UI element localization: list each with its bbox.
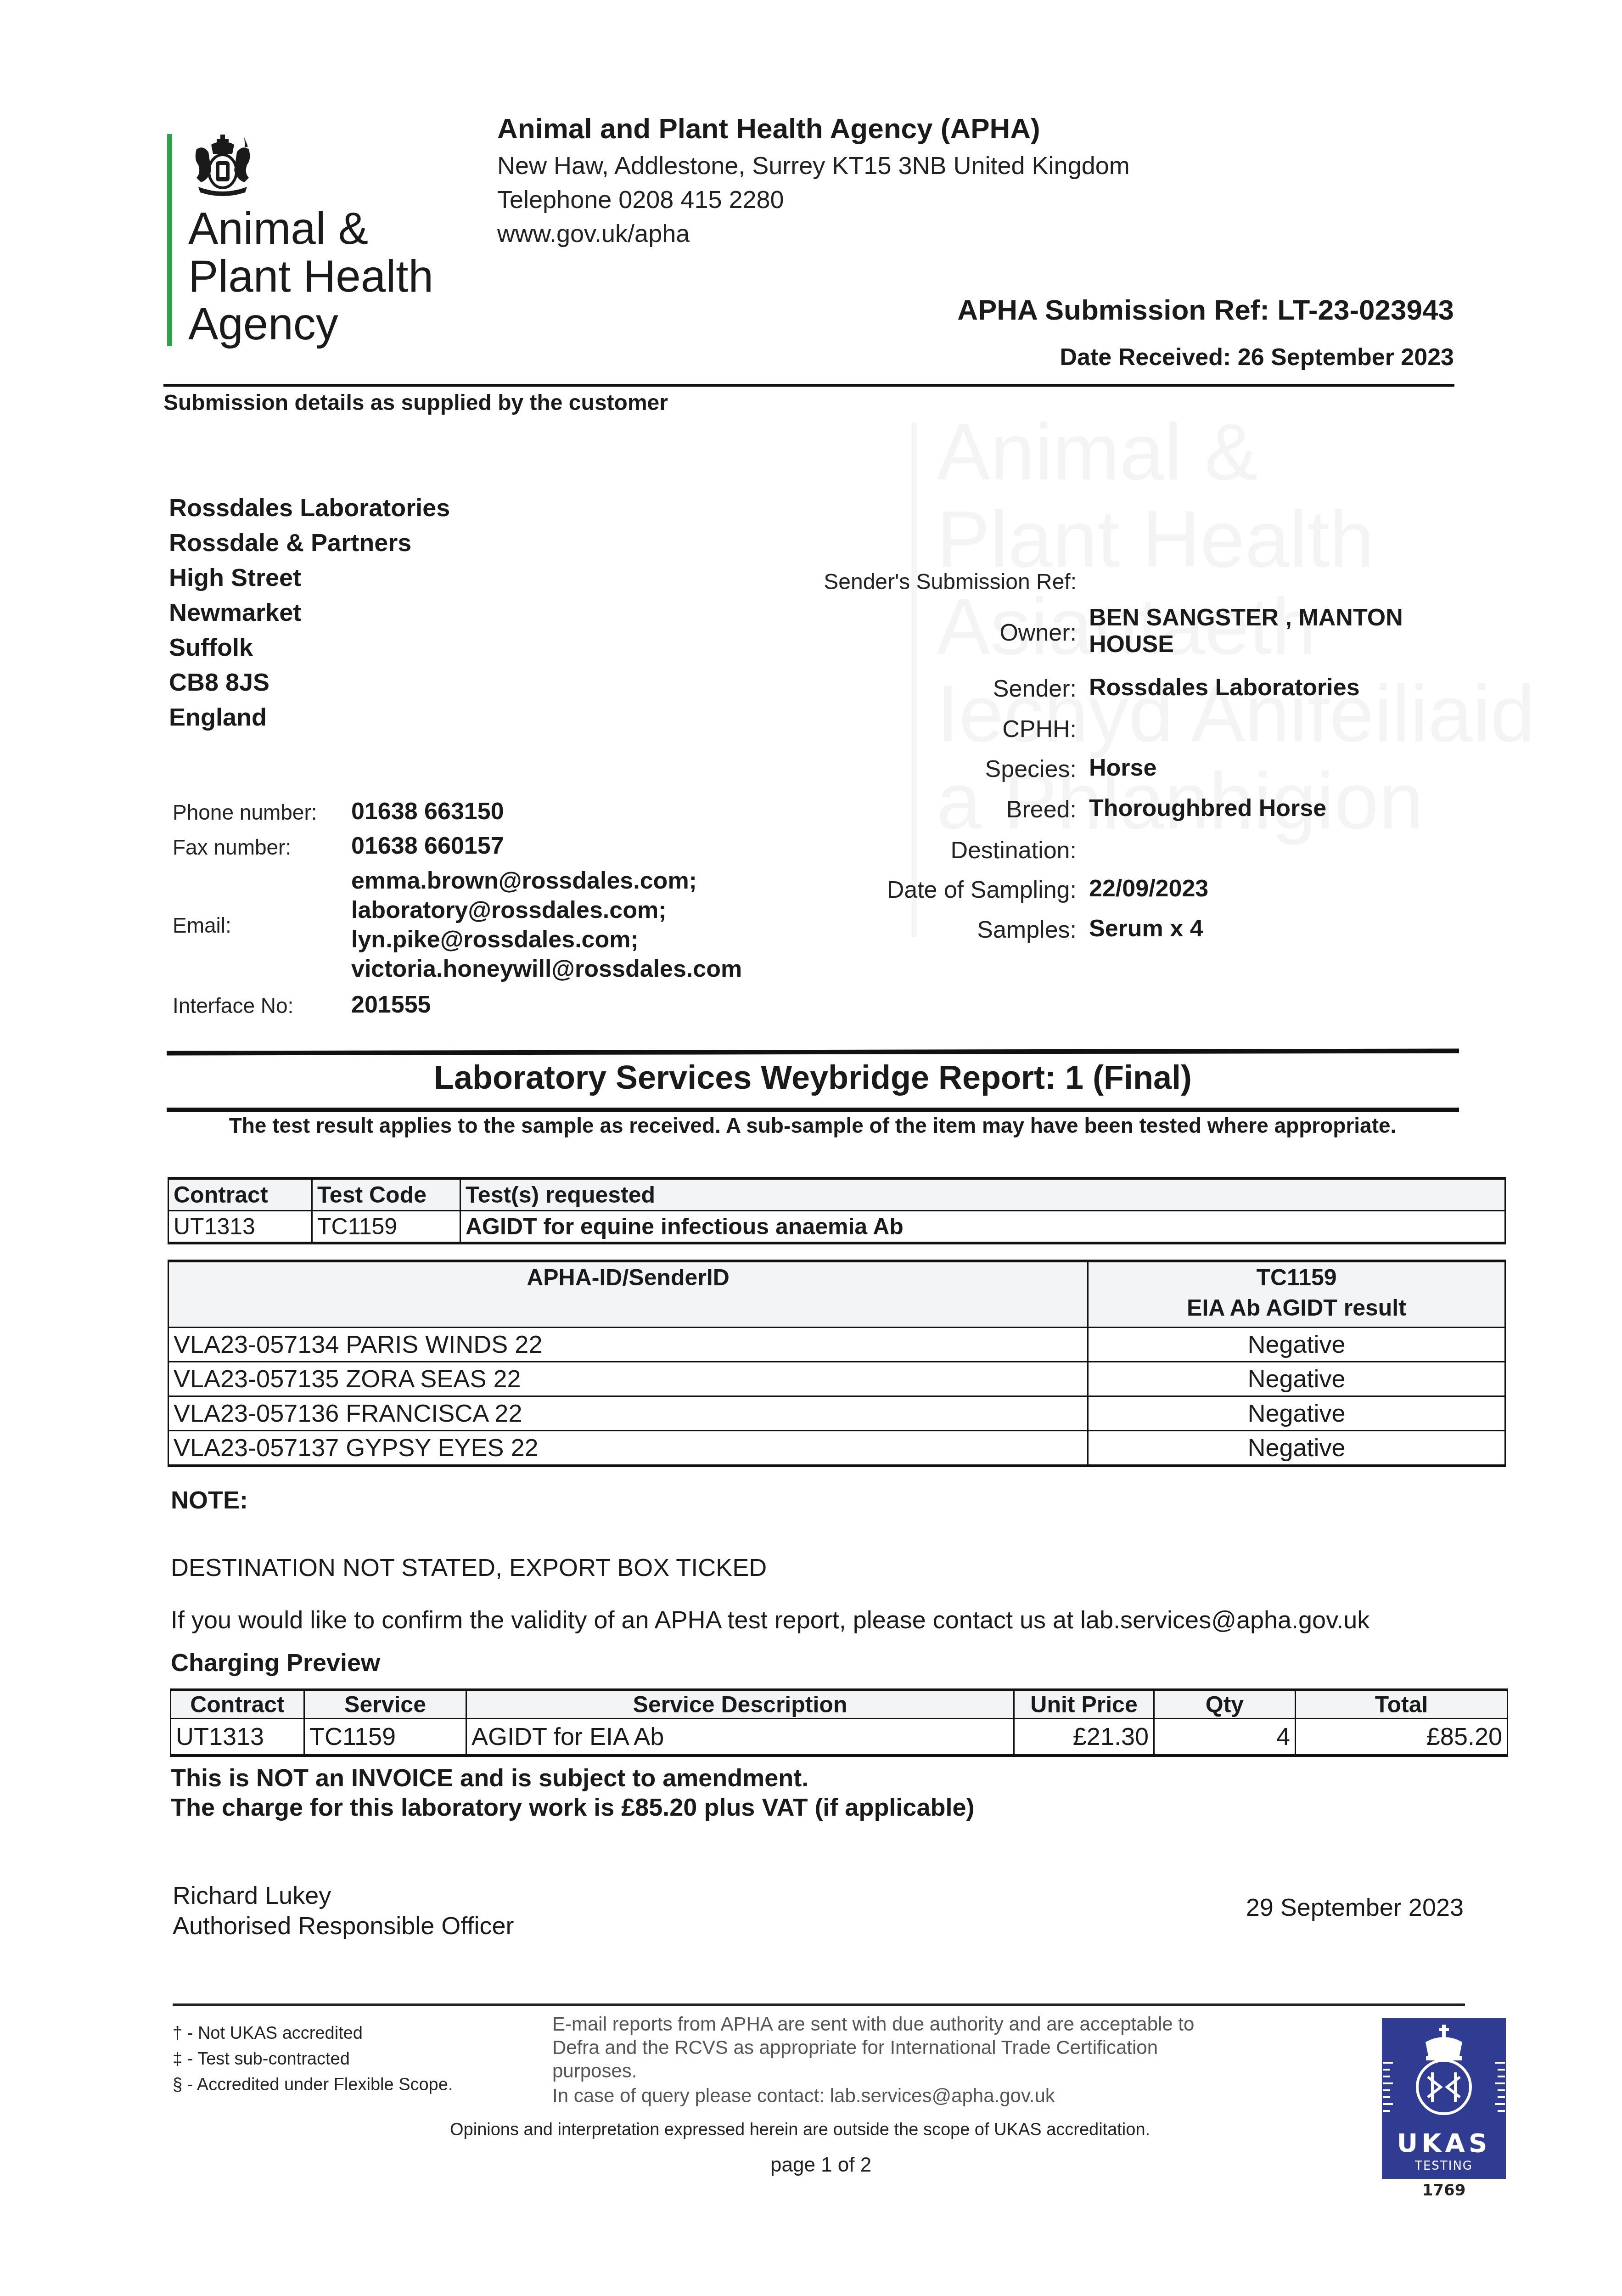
email-disclaimer: E-mail reports from APHA are sent with d… bbox=[552, 2012, 1218, 2082]
table-header-row: Contract Test Code Test(s) requested bbox=[168, 1178, 1505, 1211]
fax-value: 01638 660157 bbox=[351, 832, 504, 860]
column-header-result: TC1159 EIA Ab AGIDT result bbox=[1088, 1261, 1505, 1328]
address-line: Suffolk bbox=[169, 630, 450, 665]
date-received: Date Received: 26 September 2023 bbox=[1060, 343, 1454, 371]
not-invoice-text: This is NOT an INVOICE and is subject to… bbox=[171, 1763, 974, 1793]
sampling-date-value: 22/09/2023 bbox=[1089, 874, 1208, 903]
total-cell: £85.20 bbox=[1296, 1719, 1508, 1756]
royal-coat-of-arms-icon bbox=[188, 131, 257, 200]
column-header: Total bbox=[1296, 1690, 1508, 1719]
ukas-crown-badge-icon bbox=[1382, 2018, 1506, 2133]
column-header: Service Description bbox=[466, 1690, 1014, 1719]
test-requested-cell: AGIDT for equine infectious anaemia Ab bbox=[460, 1211, 1505, 1244]
result-cell: Negative bbox=[1088, 1396, 1505, 1431]
column-header: Service bbox=[304, 1690, 466, 1719]
senders-ref-label: Sender's Submission Ref: bbox=[755, 569, 1077, 595]
address-line: Rossdales Laboratories bbox=[169, 490, 450, 525]
header-divider bbox=[163, 384, 1454, 387]
header-test-code: TC1159 bbox=[1093, 1262, 1500, 1293]
table-row: UT1313 TC1159 AGIDT for EIA Ab £21.30 4 … bbox=[171, 1719, 1508, 1756]
ukas-subtitle: TESTING bbox=[1382, 2159, 1506, 2173]
samples-value: Serum x 4 bbox=[1089, 914, 1203, 943]
column-header-id: APHA-ID/SenderID bbox=[168, 1261, 1088, 1328]
signatory-name: Richard Lukey bbox=[173, 1880, 514, 1911]
report-date: 29 September 2023 bbox=[1246, 1893, 1464, 1922]
query-contact: In case of query please contact: lab.ser… bbox=[552, 2085, 1055, 2107]
sender-value: Rossdales Laboratories bbox=[1089, 673, 1360, 702]
charging-table: Contract Service Service Description Uni… bbox=[170, 1688, 1508, 1757]
cphh-label: CPHH: bbox=[755, 715, 1077, 743]
result-cell: Negative bbox=[1088, 1328, 1505, 1362]
owner-line: HOUSE bbox=[1089, 630, 1403, 659]
address-line: Newmarket bbox=[169, 595, 450, 630]
opinions-disclaimer: Opinions and interpretation expressed he… bbox=[450, 2120, 1150, 2140]
column-header: Contract bbox=[168, 1178, 312, 1211]
ukas-badge: UKAS TESTING bbox=[1382, 2018, 1506, 2179]
sender-label: Sender: bbox=[755, 675, 1077, 703]
legend-item: † - Not UKAS accredited bbox=[173, 2020, 453, 2046]
table-header-row: Contract Service Service Description Uni… bbox=[171, 1690, 1508, 1719]
samples-label: Samples: bbox=[755, 916, 1077, 944]
table-header-row: APHA-ID/SenderID TC1159 EIA Ab AGIDT res… bbox=[168, 1261, 1505, 1328]
species-value: Horse bbox=[1089, 753, 1156, 782]
charge-statement: The charge for this laboratory work is £… bbox=[171, 1793, 974, 1822]
report-divider-top bbox=[167, 1049, 1459, 1056]
logo-line: Agency bbox=[188, 300, 433, 348]
customer-address: Rossdales Laboratories Rossdale & Partne… bbox=[169, 490, 450, 735]
email-list: emma.brown@rossdales.com; laboratory@ros… bbox=[351, 866, 742, 984]
destination-label: Destination: bbox=[755, 837, 1077, 864]
address-line: Rossdale & Partners bbox=[169, 525, 450, 560]
breed-label: Breed: bbox=[755, 796, 1077, 823]
logo-accent-bar bbox=[167, 134, 172, 346]
header-label: APHA-ID/SenderID bbox=[527, 1265, 730, 1290]
interface-value: 201555 bbox=[351, 991, 431, 1019]
logo-line: Plant Health bbox=[188, 252, 433, 300]
logo-line: Animal & bbox=[188, 204, 433, 252]
column-header: Qty bbox=[1154, 1690, 1296, 1719]
agency-telephone: Telephone 0208 415 2280 bbox=[497, 186, 784, 214]
email-label: Email: bbox=[173, 913, 231, 938]
email-address[interactable]: emma.brown@rossdales.com; bbox=[351, 866, 742, 895]
species-label: Species: bbox=[755, 755, 1077, 783]
submission-ref: APHA Submission Ref: LT-23-023943 bbox=[957, 294, 1454, 326]
unit-price-cell: £21.30 bbox=[1014, 1719, 1154, 1756]
report-disclaimer: The test result applies to the sample as… bbox=[202, 1112, 1423, 1139]
sample-id-cell: VLA23-057134 PARIS WINDS 22 bbox=[168, 1328, 1088, 1362]
service-cell: TC1159 bbox=[304, 1719, 466, 1756]
agency-website[interactable]: www.gov.uk/apha bbox=[497, 219, 690, 248]
invoice-disclaimer: This is NOT an INVOICE and is subject to… bbox=[171, 1763, 974, 1822]
contract-cell: UT1313 bbox=[171, 1719, 304, 1756]
page-number: page 1 of 2 bbox=[770, 2154, 871, 2177]
owner-value: BEN SANGSTER , MANTON HOUSE bbox=[1089, 603, 1403, 659]
validity-contact-text: If you would like to confirm the validit… bbox=[171, 1606, 1369, 1634]
results-table: APHA-ID/SenderID TC1159 EIA Ab AGIDT res… bbox=[168, 1260, 1506, 1467]
note-text: DESTINATION NOT STATED, EXPORT BOX TICKE… bbox=[171, 1553, 767, 1582]
phone-value: 01638 663150 bbox=[351, 798, 504, 825]
interface-label: Interface No: bbox=[173, 993, 293, 1018]
email-address[interactable]: laboratory@rossdales.com; bbox=[351, 895, 742, 925]
agency-name: Animal and Plant Health Agency (APHA) bbox=[497, 113, 1040, 145]
column-header: Unit Price bbox=[1014, 1690, 1154, 1719]
column-header: Contract bbox=[171, 1690, 304, 1719]
signatory-role: Authorised Responsible Officer bbox=[173, 1911, 514, 1941]
email-address[interactable]: lyn.pike@rossdales.com; bbox=[351, 925, 742, 954]
sample-id-cell: VLA23-057135 ZORA SEAS 22 bbox=[168, 1362, 1088, 1396]
column-header: Test Code bbox=[312, 1178, 460, 1211]
table-row: VLA23-057134 PARIS WINDS 22 Negative bbox=[168, 1328, 1505, 1362]
submission-caption: Submission details as supplied by the cu… bbox=[163, 390, 668, 416]
table-row: UT1313 TC1159 AGIDT for equine infectiou… bbox=[168, 1211, 1505, 1244]
header-test-name: EIA Ab AGIDT result bbox=[1093, 1293, 1500, 1323]
table-row: VLA23-057136 FRANCISCA 22 Negative bbox=[168, 1396, 1505, 1431]
owner-line: BEN SANGSTER , MANTON bbox=[1089, 603, 1403, 632]
address-line: CB8 8JS bbox=[169, 665, 450, 700]
contract-cell: UT1313 bbox=[168, 1211, 312, 1244]
report-title: Laboratory Services Weybridge Report: 1 … bbox=[167, 1059, 1459, 1097]
fax-label: Fax number: bbox=[173, 835, 291, 860]
ukas-accreditation-number: 1769 bbox=[1405, 2181, 1483, 2200]
breed-value: Thoroughbred Horse bbox=[1089, 793, 1326, 823]
agency-address: New Haw, Addlestone, Surrey KT15 3NB Uni… bbox=[497, 152, 1130, 180]
quantity-cell: 4 bbox=[1154, 1719, 1296, 1756]
column-header: Test(s) requested bbox=[460, 1178, 1505, 1211]
result-cell: Negative bbox=[1088, 1431, 1505, 1466]
sampling-date-label: Date of Sampling: bbox=[755, 876, 1077, 904]
legend-item: § - Accredited under Flexible Scope. bbox=[173, 2072, 453, 2098]
footer-divider bbox=[173, 2003, 1465, 2006]
charging-preview-title: Charging Preview bbox=[171, 1649, 380, 1677]
result-cell: Negative bbox=[1088, 1362, 1505, 1396]
ukas-title: UKAS bbox=[1382, 2131, 1506, 2156]
note-label: NOTE: bbox=[171, 1486, 248, 1514]
sample-id-cell: VLA23-057136 FRANCISCA 22 bbox=[168, 1396, 1088, 1431]
table-row: VLA23-057137 GYPSY EYES 22 Negative bbox=[168, 1431, 1505, 1466]
legend-item: ‡ - Test sub-contracted bbox=[173, 2046, 453, 2072]
email-address[interactable]: victoria.honeywill@rossdales.com bbox=[351, 954, 742, 984]
table-row: VLA23-057135 ZORA SEAS 22 Negative bbox=[168, 1362, 1505, 1396]
address-line: England bbox=[169, 700, 450, 735]
service-description-cell: AGIDT for EIA Ab bbox=[466, 1719, 1014, 1756]
logo-wordmark: Animal & Plant Health Agency bbox=[188, 204, 433, 348]
test-code-cell: TC1159 bbox=[312, 1211, 460, 1244]
watermark-line: Animal & bbox=[937, 409, 1535, 496]
sample-id-cell: VLA23-057137 GYPSY EYES 22 bbox=[168, 1431, 1088, 1466]
address-line: High Street bbox=[169, 560, 450, 595]
tests-requested-table: Contract Test Code Test(s) requested UT1… bbox=[168, 1177, 1506, 1244]
signatory: Richard Lukey Authorised Responsible Off… bbox=[173, 1880, 514, 1941]
accreditation-legend: † - Not UKAS accredited ‡ - Test sub-con… bbox=[173, 2020, 453, 2098]
owner-label: Owner: bbox=[755, 619, 1077, 647]
phone-label: Phone number: bbox=[173, 800, 317, 825]
report-divider-bottom bbox=[167, 1108, 1459, 1112]
